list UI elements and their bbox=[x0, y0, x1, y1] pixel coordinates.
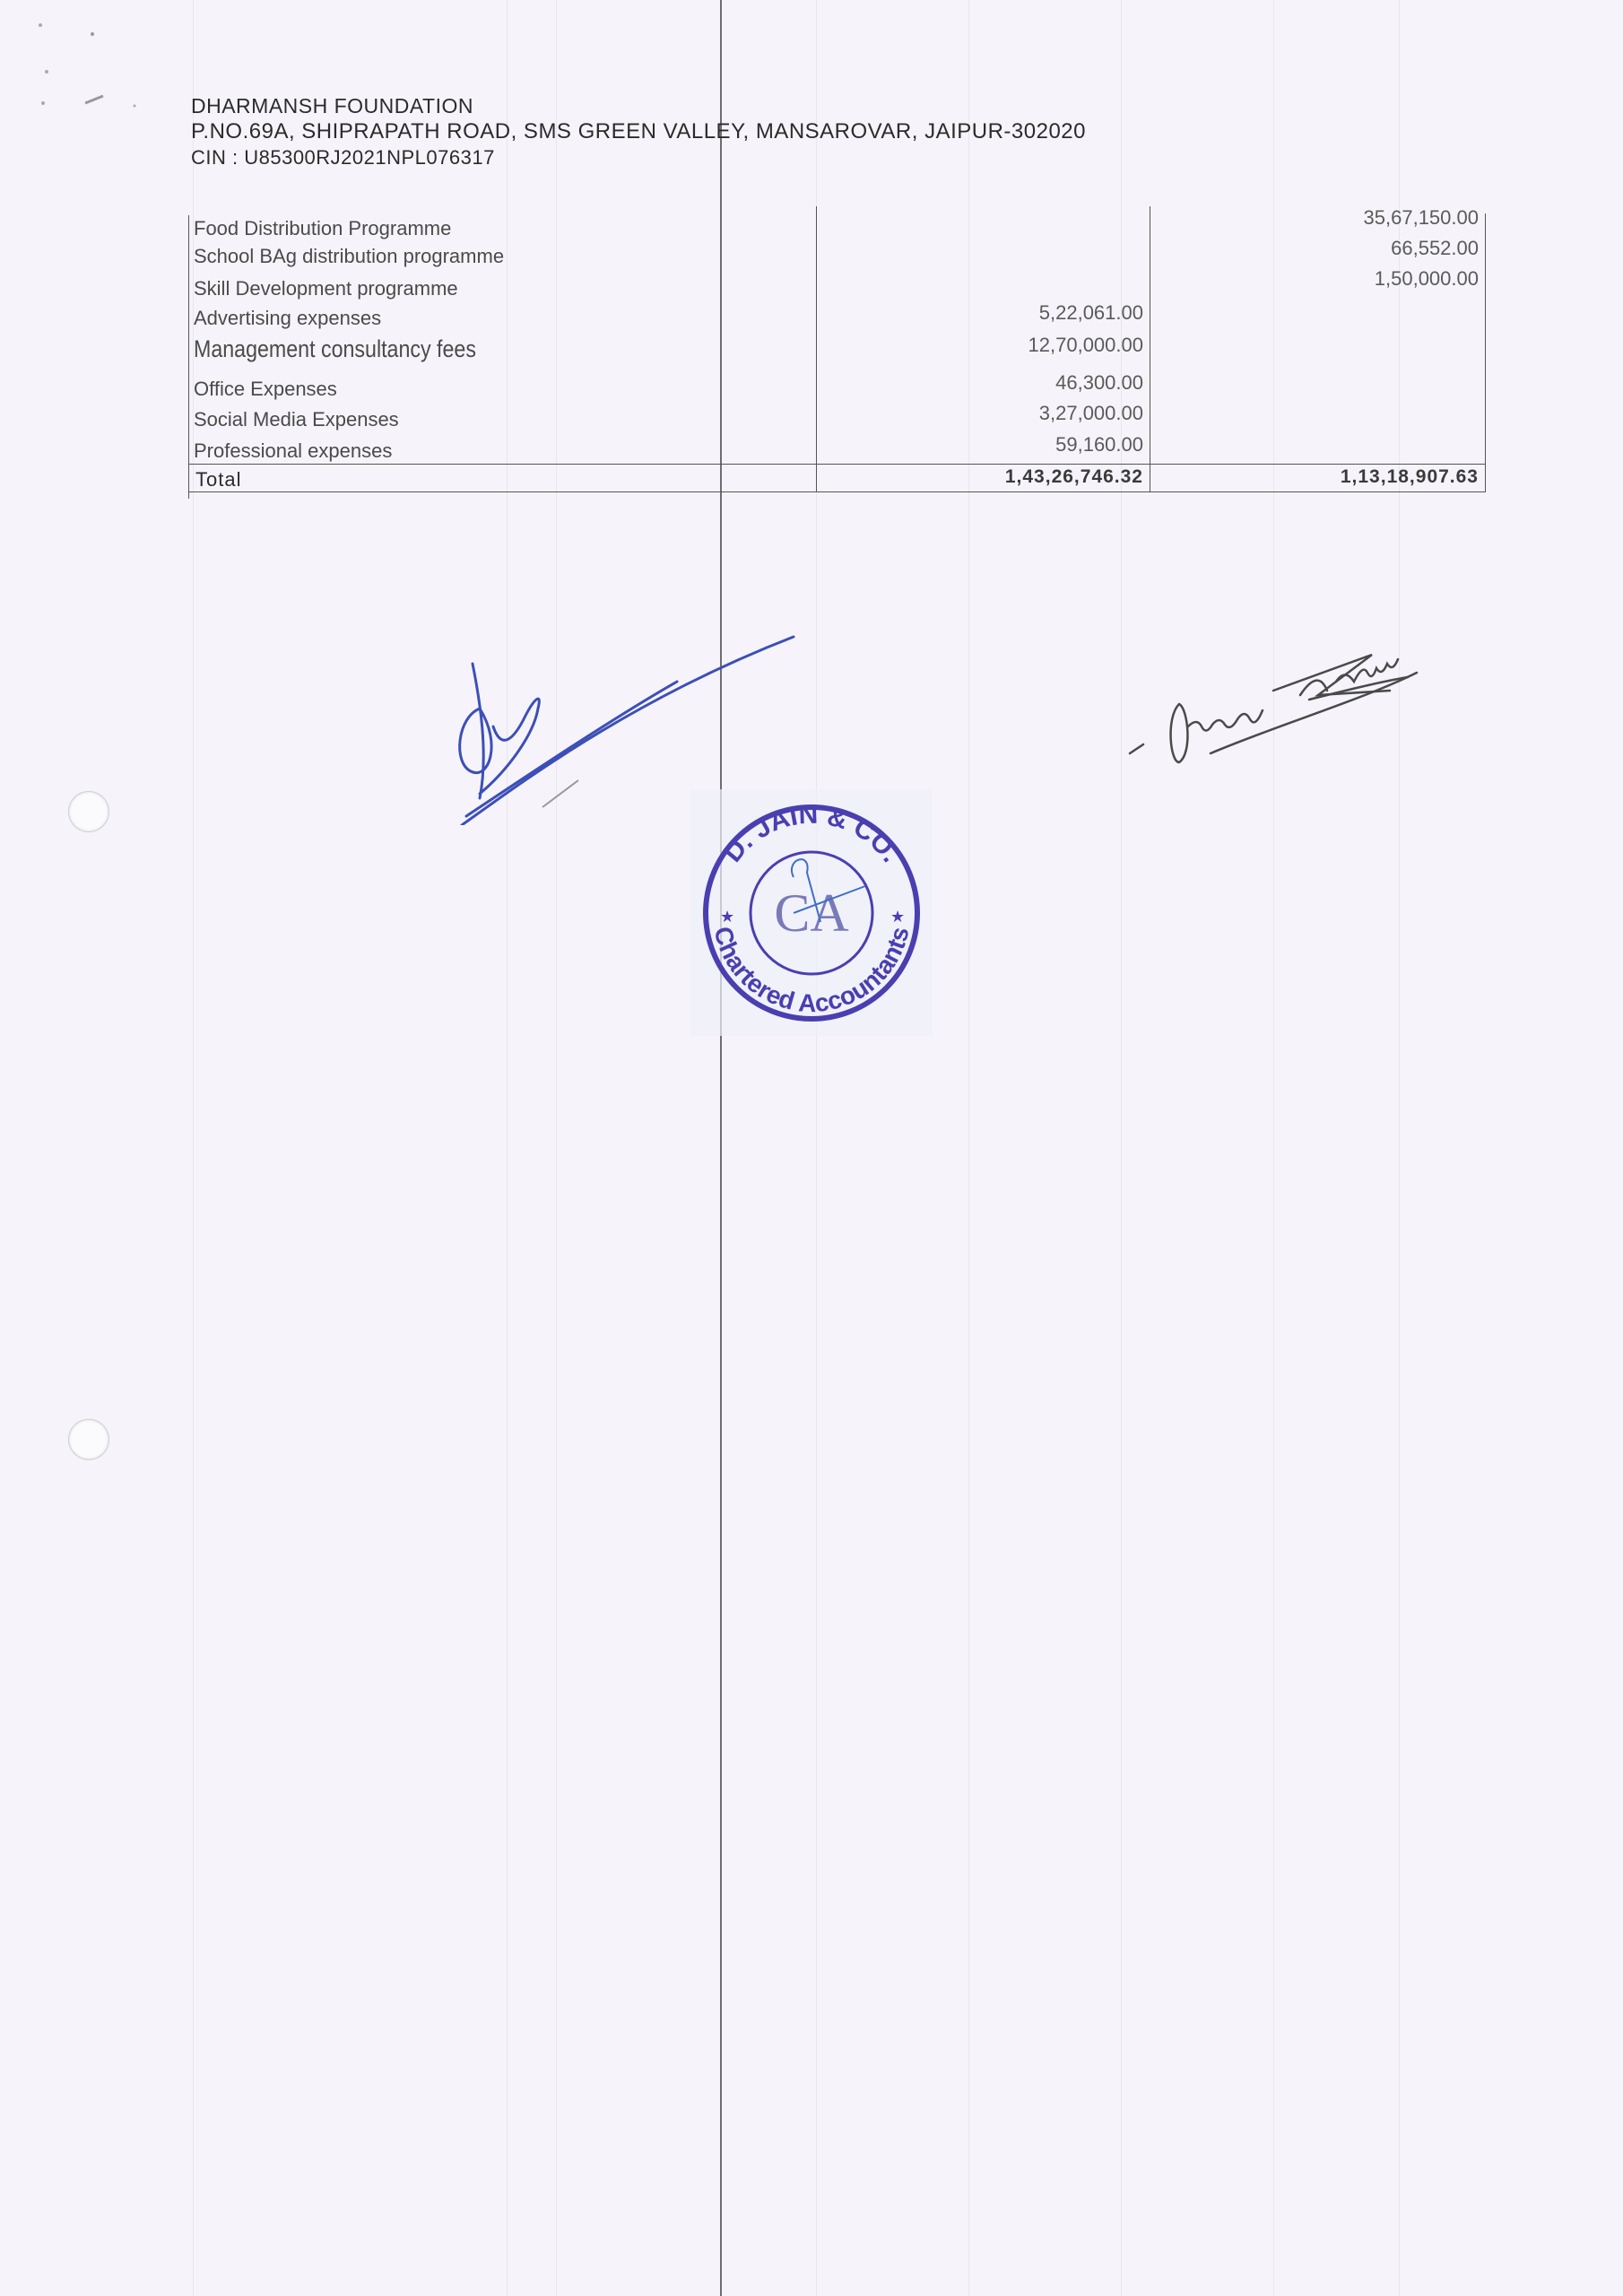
svg-text:★: ★ bbox=[720, 908, 734, 926]
row-amount: 12,70,000.00 bbox=[1028, 334, 1143, 357]
svg-text:D. JAIN & CO.: D. JAIN & CO. bbox=[718, 800, 906, 868]
table-border bbox=[816, 206, 817, 491]
auditor-stamp: D. JAIN & CO. Chartered Accountants CA ★… bbox=[686, 787, 937, 1039]
organization-cin: CIN : U85300RJ2021NPL076317 bbox=[191, 145, 1086, 170]
row-label: Skill Development programme bbox=[194, 277, 458, 300]
signature-right bbox=[1094, 628, 1524, 771]
row-amount: 66,552.00 bbox=[1391, 237, 1479, 260]
total-amount-col1: 1,43,26,746.32 bbox=[1005, 466, 1143, 488]
row-label: Office Expenses bbox=[194, 378, 337, 401]
row-amount: 3,27,000.00 bbox=[1039, 402, 1143, 425]
row-amount: 1,50,000.00 bbox=[1375, 267, 1479, 291]
svg-text:★: ★ bbox=[890, 908, 905, 926]
organization-address: P.NO.69A, SHIPRAPATH ROAD, SMS GREEN VAL… bbox=[191, 118, 1086, 145]
table-border bbox=[188, 464, 1486, 465]
total-amount-col2: 1,13,18,907.63 bbox=[1341, 466, 1479, 488]
row-amount: 59,160.00 bbox=[1055, 433, 1143, 457]
row-amount: 5,22,061.00 bbox=[1039, 301, 1143, 325]
total-label: Total bbox=[195, 468, 241, 491]
table-border bbox=[1150, 206, 1150, 491]
row-label: Food Distribution Programme bbox=[194, 217, 451, 240]
row-label: Social Media Expenses bbox=[194, 408, 399, 431]
scan-specks bbox=[36, 18, 143, 117]
table-border bbox=[188, 215, 189, 499]
expense-table: Food Distribution Programme 35,67,150.00… bbox=[188, 206, 1486, 499]
row-label: Professional expenses bbox=[194, 439, 392, 463]
row-label: Management consultancy fees bbox=[194, 335, 476, 363]
stamp-top-text: D. JAIN & CO. bbox=[718, 800, 906, 868]
table-border bbox=[1485, 213, 1486, 491]
row-label: Advertising expenses bbox=[194, 307, 381, 330]
row-label: School BAg distribution programme bbox=[194, 245, 504, 268]
table-border bbox=[188, 491, 1486, 492]
document-header: DHARMANSH FOUNDATION P.NO.69A, SHIPRAPAT… bbox=[191, 93, 1086, 170]
row-amount: 46,300.00 bbox=[1055, 371, 1143, 395]
punch-hole bbox=[68, 791, 109, 832]
organization-name: DHARMANSH FOUNDATION bbox=[191, 93, 1086, 118]
row-amount: 35,67,150.00 bbox=[1364, 206, 1479, 230]
punch-hole bbox=[68, 1419, 109, 1460]
